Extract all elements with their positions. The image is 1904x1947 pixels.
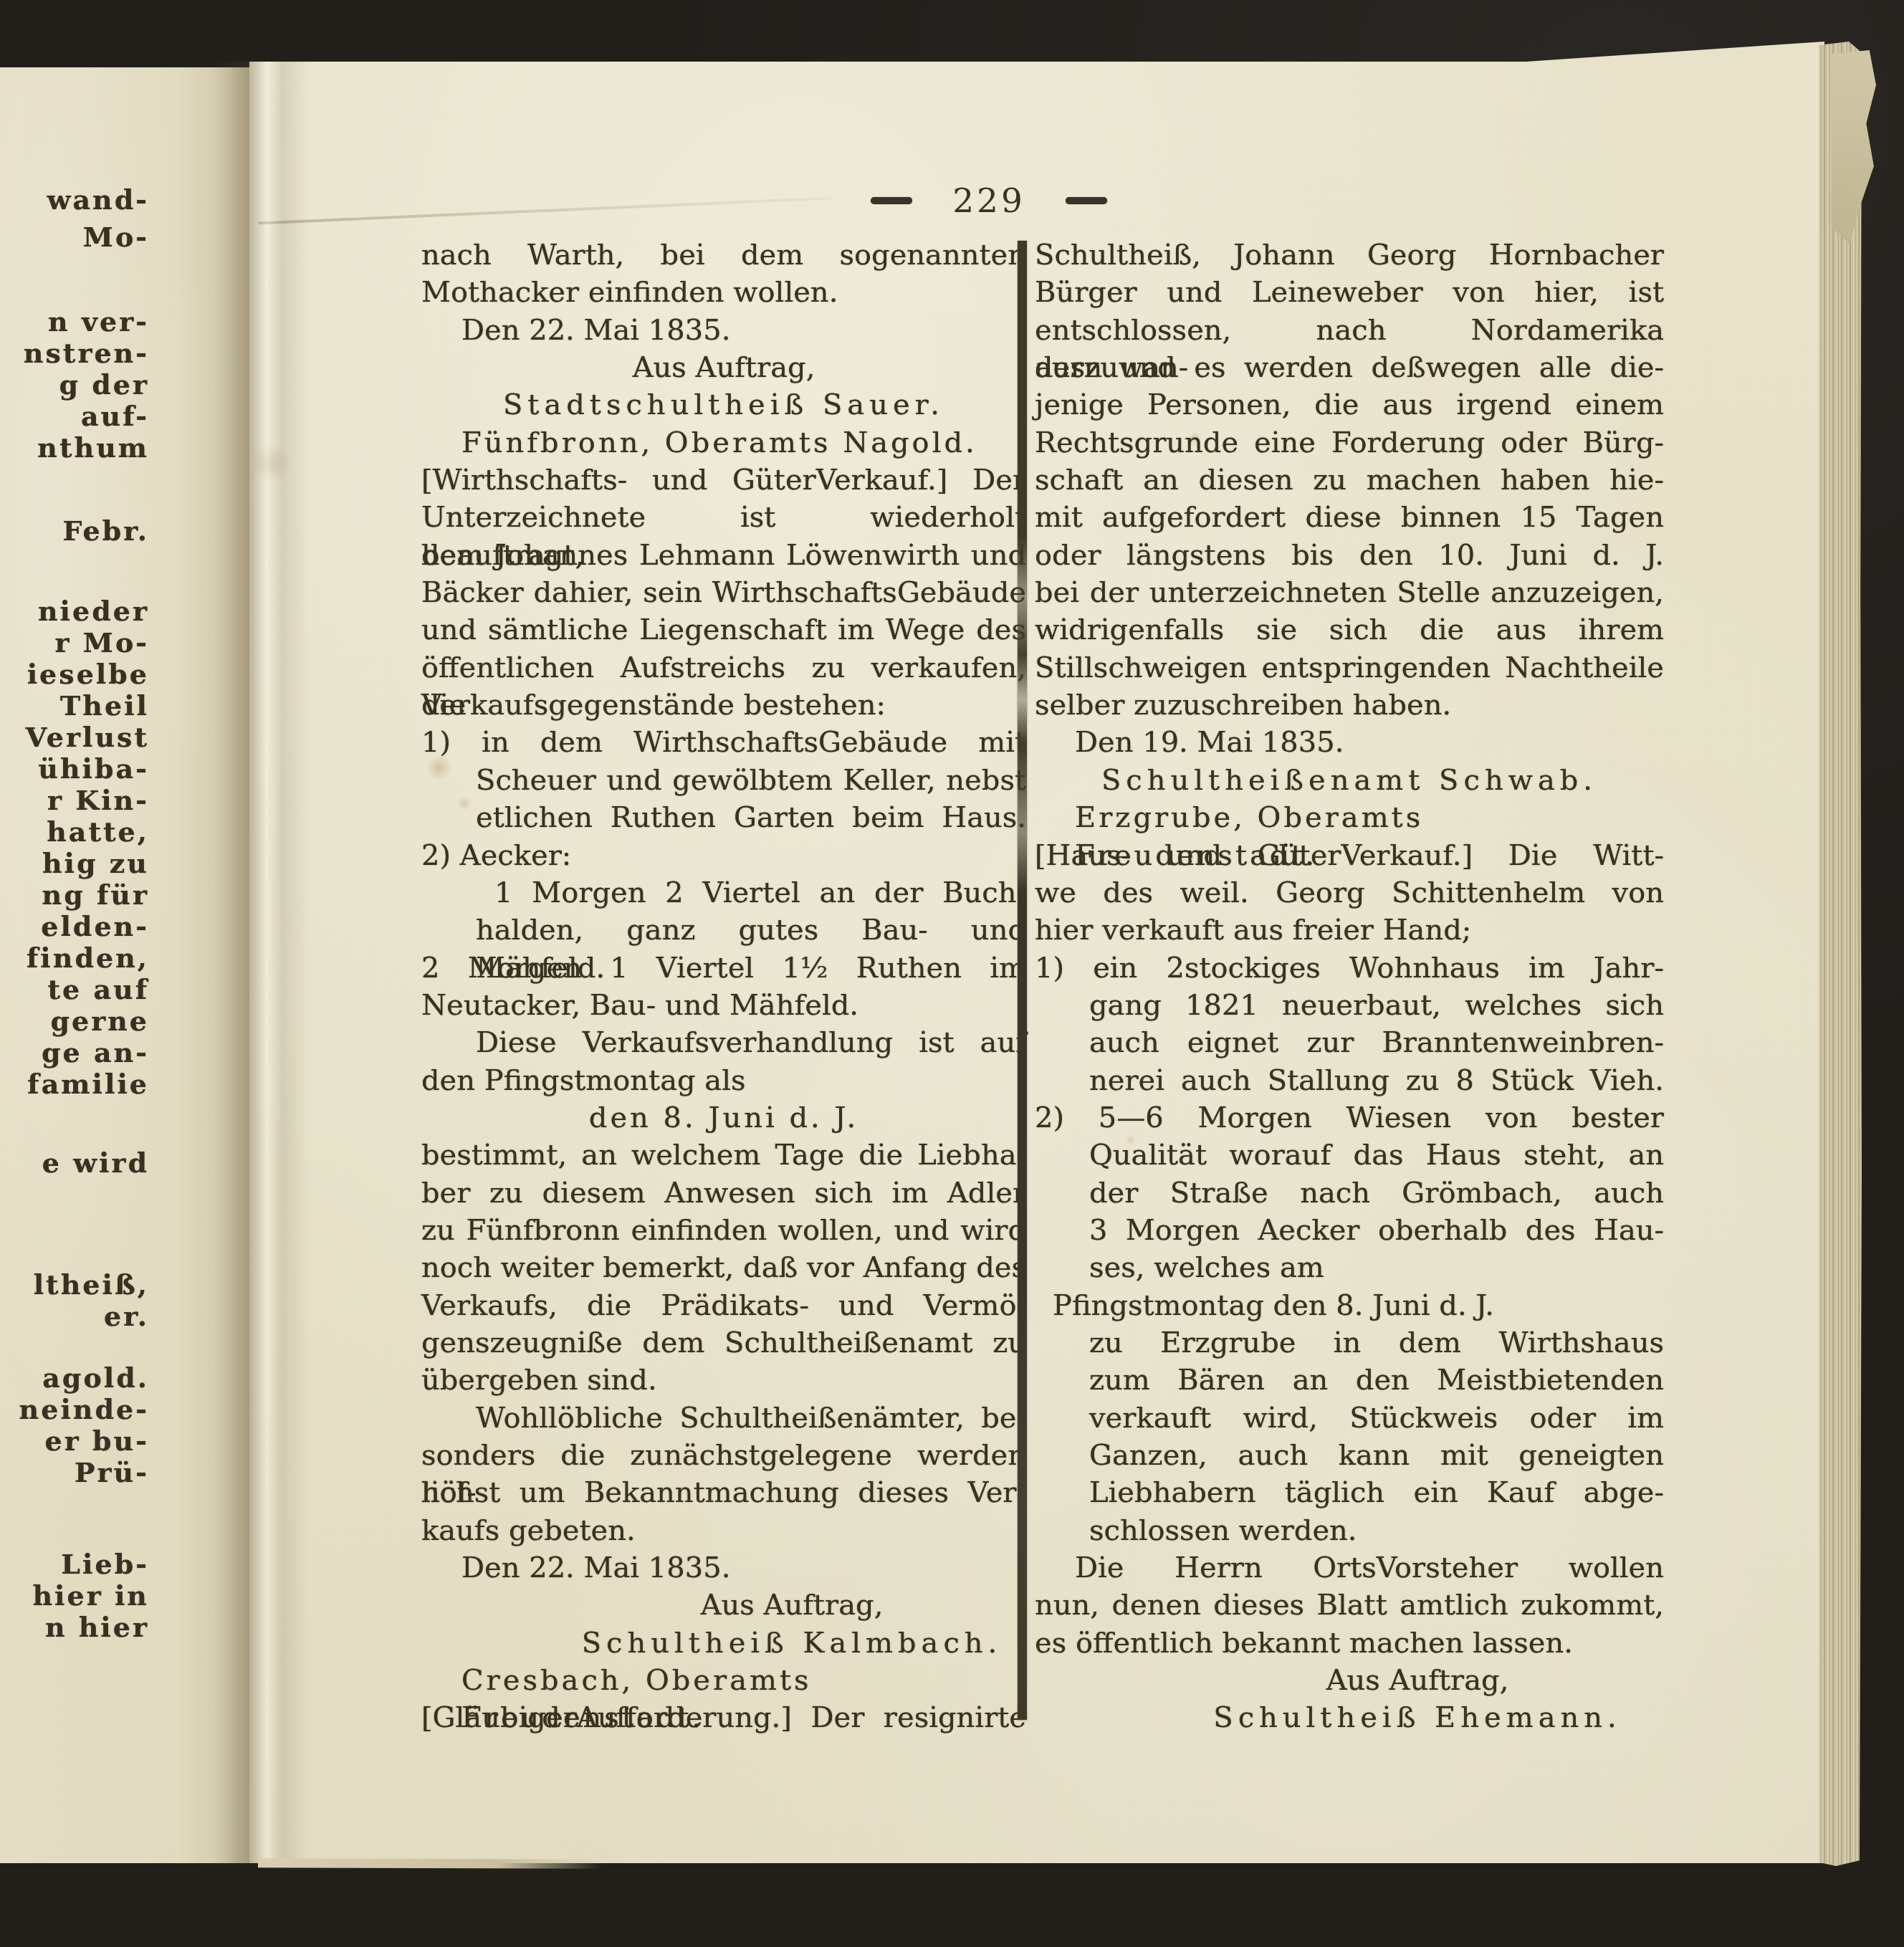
margin-text-fragment: r Mo- (55, 626, 149, 659)
column-divider-rule (1018, 241, 1027, 1720)
text-line: Schultheißenamt Schwab. (1035, 762, 1664, 799)
text-line: noch weiter bemerkt, daß vor Anfang des (421, 1249, 1026, 1286)
margin-text-fragment: n ver- (48, 305, 149, 338)
text-line: und sämtliche Liegenschaft im Wege des (421, 611, 1026, 649)
page-stack-fore-edge (1819, 42, 1862, 1866)
text-line: Den 19. Mai 1835. (1035, 724, 1664, 761)
text-line: Pfingstmontag den 8. Juni d. J. (1035, 1287, 1664, 1324)
text-line: we des weil. Georg Schittenhelm von (1035, 874, 1664, 912)
text-line: 2 Morgen 1 Viertel 1½ Ruthen im (421, 949, 1026, 987)
margin-text-fragment: er. (104, 1300, 149, 1332)
margin-text-fragment: Mo- (83, 221, 149, 253)
margin-text-fragment: Lieb- (61, 1548, 149, 1580)
text-line: etlichen Ruthen Garten beim Haus. (421, 799, 1026, 836)
text-line: lichst um Bekanntmachung dieses Ver- (421, 1474, 1026, 1511)
text-line: entschlossen, nach Nordamerika auszuwan- (1035, 312, 1664, 349)
text-line: Fünfbronn, Oberamts Nagold. (421, 424, 1026, 461)
text-line: Unterzeichnete ist wiederholt beauftragt… (421, 499, 1026, 536)
text-line: Aus Auftrag, (489, 1587, 1094, 1624)
margin-text-fragment: auf- (81, 400, 149, 432)
margin-text-fragment: Febr. (63, 515, 149, 547)
text-line: Schultheiß Ehemann. (1103, 1699, 1732, 1736)
margin-text-fragment: finden, (27, 942, 149, 974)
text-line: mit aufgefordert diese binnen 15 Tagen (1035, 499, 1664, 536)
text-line: Schultheiß, Johann Georg Hornbacher (1035, 236, 1664, 274)
margin-text-fragment: neinde- (19, 1393, 149, 1425)
text-line: hier verkauft aus freier Hand; (1035, 912, 1664, 949)
margin-text-fragment: hig zu (42, 847, 149, 879)
margin-text-fragment: nstren- (24, 337, 149, 369)
margin-text-fragment: elden- (41, 910, 149, 942)
text-line: Mothacker einfinden wollen. (421, 274, 1026, 311)
header-dash-left (871, 197, 912, 204)
text-line: schaft an diesen zu machen haben hie- (1035, 461, 1664, 499)
margin-text-fragment: ühiba- (38, 752, 149, 785)
text-line: 1 Morgen 2 Viertel an der Buch- (421, 874, 1026, 912)
text-line: 1) in dem WirthschaftsGebäude mit (421, 724, 1026, 761)
text-line: nun, denen dieses Blatt amtlich zukommt, (1035, 1587, 1664, 1624)
text-line: ber zu diesem Anwesen sich im Adler (421, 1175, 1026, 1212)
text-column-right: Schultheiß, Johann Georg HornbacherBürge… (1035, 236, 1664, 1737)
text-line: Diese Verkaufsverhandlung ist auf (421, 1024, 1026, 1061)
text-line: Aus Auftrag, (1103, 1662, 1732, 1699)
text-line: nach Warth, bei dem sogenannten (421, 236, 1026, 274)
torn-page-corner (1832, 50, 1876, 244)
scanned-book-spread: 229 nach Warth, bei dem sogenanntenMotha… (0, 0, 1904, 1947)
text-line: 2) 5—6 Morgen Wiesen von bester (1035, 1099, 1664, 1137)
text-line: Aus Auftrag, (421, 349, 1026, 386)
text-line: den 8. Juni d. J. (421, 1099, 1026, 1137)
text-line: Neutacker, Bau- und Mähfeld. (421, 987, 1026, 1024)
text-line: kaufs gebeten. (421, 1512, 1026, 1549)
text-line: verkauft wird, Stückweis oder im (1035, 1400, 1664, 1437)
text-line: Rechtsgrunde eine Forderung oder Bürg- (1035, 424, 1664, 461)
text-line: dern und es werden deßwegen alle die- (1035, 349, 1664, 386)
margin-text-fragment: ge an- (42, 1036, 149, 1068)
text-line: Bürger und Leineweber von hier, ist (1035, 274, 1664, 311)
text-line: dem Johannes Lehmann Löwenwirth und (421, 537, 1026, 574)
text-line: [GläubigerAufforderung.] Der resignirte (421, 1699, 1026, 1736)
text-line: Ganzen, auch kann mit geneigten (1035, 1437, 1664, 1474)
margin-text-fragment: nthum (37, 431, 149, 464)
text-line: widrigenfalls sie sich die aus ihrem (1035, 611, 1664, 649)
text-line: Die Herrn OrtsVorsteher wollen (1035, 1549, 1664, 1587)
text-line: schlossen werden. (1035, 1512, 1664, 1549)
text-line: übergeben sind. (421, 1362, 1026, 1399)
margin-text-fragment: r Kin- (47, 784, 149, 816)
text-line: sonders die zunächstgelegene werden höf- (421, 1437, 1026, 1474)
margin-text-fragment: n hier (45, 1611, 149, 1643)
margin-text-fragment: familie (27, 1068, 149, 1100)
text-line: 1) ein 2stockiges Wohnhaus im Jahr- (1035, 949, 1664, 987)
margin-text-fragment: hier in (32, 1579, 149, 1612)
text-line: Verkaufsgegenstände bestehen: (421, 687, 1026, 724)
margin-text-fragment: g der (59, 368, 149, 401)
text-line: Qualität worauf das Haus steht, an (1035, 1137, 1664, 1174)
text-line: es öffentlich bekannt machen lassen. (1035, 1625, 1664, 1662)
text-line: Liebhabern täglich ein Kauf abge- (1035, 1474, 1664, 1511)
text-line: Erzgrube, Oberamts Freudenstadt. (1035, 799, 1664, 836)
text-line: Verkaufs, die Prädikats- und Vermö- (421, 1287, 1026, 1324)
margin-text-fragment: ieselbe (27, 658, 149, 690)
text-line: Wohllöbliche Schultheißenämter, be- (421, 1400, 1026, 1437)
text-line: Schultheiß Kalmbach. (489, 1625, 1094, 1662)
text-line: Stadtschultheiß Sauer. (421, 386, 1026, 424)
text-line: [Haus- und GüterVerkauf.] Die Witt- (1035, 837, 1664, 874)
text-line: selber zuzuschreiben haben. (1035, 687, 1664, 724)
margin-text-fragment: te auf (47, 973, 149, 1005)
text-line: Stillschweigen entspringenden Nachtheile (1035, 649, 1664, 687)
margin-text-fragment: hatte, (47, 815, 149, 848)
text-line: der Straße nach Grömbach, auch (1035, 1175, 1664, 1212)
margin-text-fragment: ng für (42, 879, 149, 911)
text-column-left: nach Warth, bei dem sogenanntenMothacker… (421, 236, 1026, 1737)
text-line: zum Bären an den Meistbietenden (1035, 1362, 1664, 1399)
margin-text-fragment: e wird (42, 1147, 149, 1179)
text-line: öffentlichen Aufstreichs zu verkaufen, d… (421, 649, 1026, 687)
text-line: 3 Morgen Aecker oberhalb des Hau- (1035, 1212, 1664, 1249)
text-line: bestimmt, an welchem Tage die Liebha- (421, 1137, 1026, 1174)
text-line: Cresbach, Oberamts Freudenstadt. (421, 1662, 1026, 1699)
text-line: halden, ganz gutes Bau- und Mähfeld. (421, 912, 1026, 949)
margin-text-fragment: er bu- (45, 1425, 149, 1457)
margin-text-fragment: agold. (42, 1362, 149, 1394)
text-line: genszeugniße dem Schultheißenamt zu (421, 1324, 1026, 1362)
text-line: zu Fünfbronn einfinden wollen, und wird (421, 1212, 1026, 1249)
page-bottom-edge (258, 1858, 602, 1869)
text-line: gang 1821 neuerbaut, welches sich (1035, 987, 1664, 1024)
margin-text-fragment: gerne (50, 1005, 149, 1037)
text-line: den Pfingstmontag als (421, 1062, 1026, 1099)
page-top-edge (1505, 42, 1824, 63)
text-line: Bäcker dahier, sein WirthschaftsGebäude (421, 574, 1026, 611)
margin-text-fragment: Prü- (75, 1456, 149, 1488)
page-header: 229 (252, 179, 1726, 222)
text-line: jenige Personen, die aus irgend einem (1035, 386, 1664, 424)
margin-text-fragment: nieder (38, 595, 149, 627)
text-line: [Wirthschafts- und GüterVerkauf.] Der (421, 461, 1026, 499)
text-line: nerei auch Stallung zu 8 Stück Vieh. (1035, 1062, 1664, 1099)
text-line: Den 22. Mai 1835. (421, 1549, 1026, 1587)
text-line: Scheuer und gewölbtem Keller, nebst (421, 762, 1026, 799)
text-line: bei der unterzeichneten Stelle anzuzeige… (1035, 574, 1664, 611)
text-line: auch eignet zur Branntenweinbren- (1035, 1024, 1664, 1061)
margin-text-fragment: ltheiß, (34, 1268, 149, 1301)
margin-text-fragment: wand- (47, 183, 149, 216)
page-number: 229 (952, 184, 1025, 218)
text-line: 2) Aecker: (421, 837, 1026, 874)
text-line: Den 22. Mai 1835. (421, 312, 1026, 349)
text-line: zu Erzgrube in dem Wirthshaus (1035, 1324, 1664, 1362)
margin-text-fragment: Theil (60, 689, 149, 722)
text-line: ses, welches am (1035, 1249, 1664, 1286)
text-line: oder längstens bis den 10. Juni d. J. (1035, 537, 1664, 574)
margin-text-fragment: Verlust (26, 721, 149, 753)
header-dash-right (1066, 197, 1107, 204)
